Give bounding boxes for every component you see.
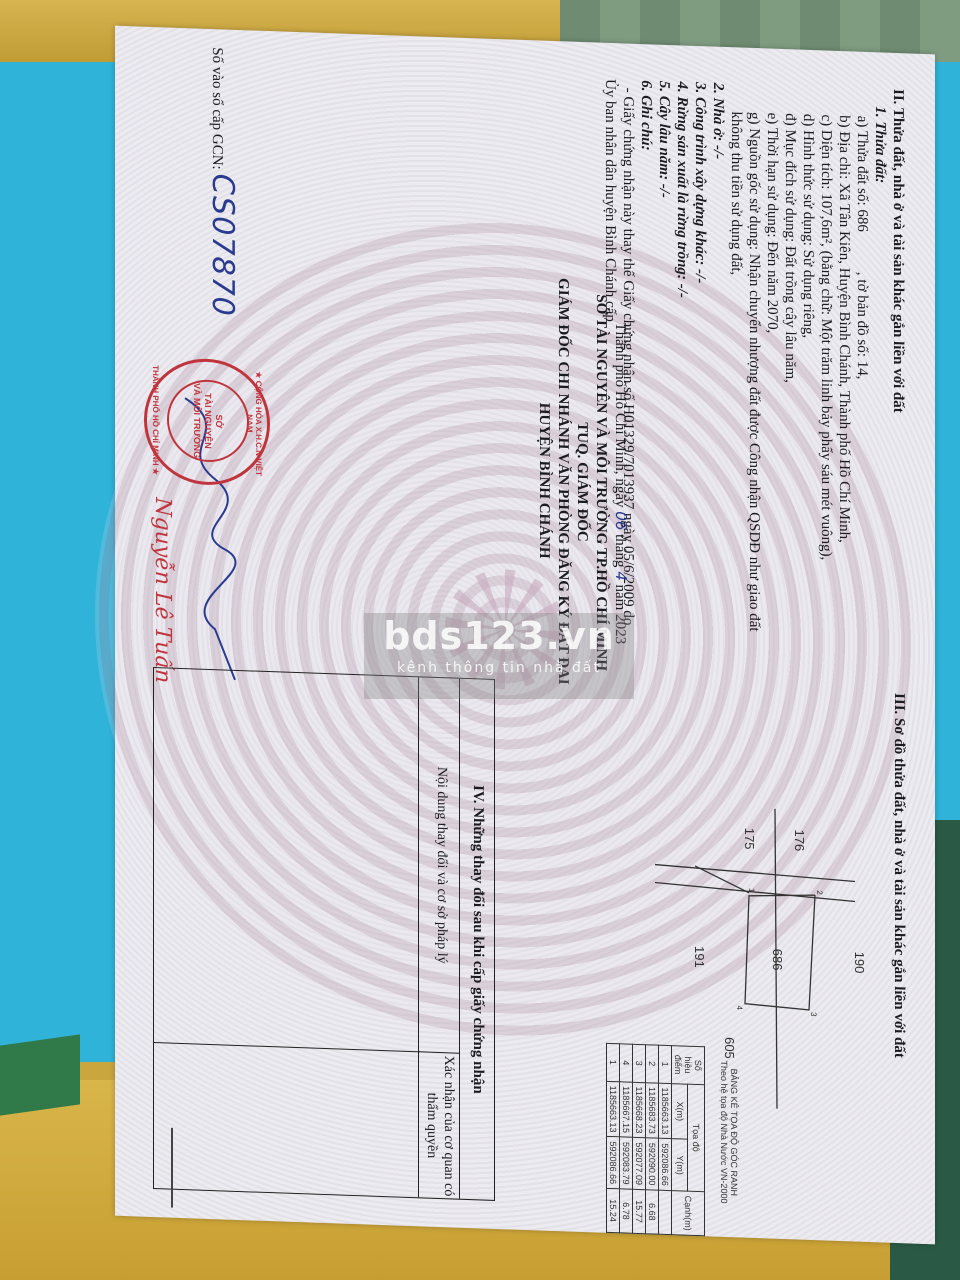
section-ii-heading: II. Thửa đất, nhà ở và tài sản khác gắn …	[889, 89, 907, 650]
coord-cell-x: 1185667.15	[620, 1081, 633, 1137]
registry-value: CS07870	[205, 173, 240, 317]
coord-cell-y: 592077.09	[633, 1138, 646, 1190]
coord-cell-y: 592086.66	[607, 1137, 620, 1189]
changes-column-divider	[154, 1042, 420, 1052]
bds123-watermark: bds123.vn kênh thông tin nhà đất	[364, 613, 634, 699]
label-main-parcel: 686	[770, 949, 785, 971]
coord-row: 11185663.13592086.6615.24	[607, 1043, 620, 1232]
section-ii-parcel-info: II. Thửa đất, nhà ở và tài sản khác gắn …	[601, 79, 907, 650]
coord-cell-point: 2	[646, 1045, 659, 1083]
col-x: X(m)	[672, 1083, 689, 1139]
planted-forest-item: 4. Rừng sản xuất là rừng trồng: -/-	[673, 81, 691, 642]
coordinate-table: Số hiệu điểm Tọa độ Cạnh(m) X(m) Y(m) 11…	[606, 1043, 705, 1236]
stamp-line-3: VÀ MÔI TRƯỜNG	[192, 383, 203, 459]
coord-row: 21185683.73592090.006.68	[646, 1045, 659, 1234]
signer-name: Nguyễn Lê Tuấn	[150, 497, 175, 684]
issue-month: 4	[612, 571, 630, 581]
parcel-subheading: 1. Thửa đất:	[871, 88, 889, 649]
parcel-number-text: a) Thửa đất số: 686	[854, 115, 870, 232]
changes-content-header: Nội dung thay đổi và cơ sở pháp lý	[419, 677, 459, 1054]
coord-cell-x: 1185668.23	[633, 1082, 646, 1138]
coord-cell-edge: 6.68	[646, 1190, 659, 1234]
registry-label: Số vào sổ cấp GCN:	[209, 47, 225, 170]
coord-cell-edge: 15.24	[607, 1188, 620, 1232]
map-sheet-number: , tờ bản đồ số: 14,	[854, 232, 870, 380]
coord-cell-point: 3	[633, 1044, 646, 1082]
background-green-strip	[0, 1034, 80, 1115]
other-construction-item: 3. Công trình xây dựng khác: -/-	[691, 82, 709, 643]
coord-table-caption: BẢNG KÊ TỌA ĐỘ GÓC RANH Theo hệ tọa độ N…	[719, 1047, 739, 1218]
parcel-area: c) Diện tích: 107,6m², (bằng chữ: Một tr…	[817, 86, 835, 647]
coord-cell-y: 592083.79	[620, 1137, 633, 1189]
stamp-line-2: TÀI NGUYÊN	[203, 393, 214, 449]
north-arrow-icon	[169, 1128, 175, 1208]
coord-table-subtitle: Theo hệ tọa độ Nhà Nước VN-2000	[719, 1047, 729, 1217]
changes-confirmation-header: Xác nhận của cơ quan có thẩm quyền	[419, 1053, 459, 1199]
point-1: 1	[747, 888, 756, 893]
stamp-inner: SỞ TÀI NGUYÊN VÀ MÔI TRƯỜNG	[167, 378, 249, 463]
stamp-ring-bottom: THÀNH PHỐ HỒ CHÍ MINH ★	[151, 360, 160, 480]
watermark-logo: bds123.vn	[364, 613, 634, 659]
point-3: 3	[809, 1012, 818, 1017]
section-iv-heading: IV. Những thay đổi sau khi cấp giấy chứn…	[469, 679, 486, 1200]
col-coords: Tọa độ	[688, 1084, 705, 1192]
point-2: 2	[815, 890, 824, 895]
usage-origin: g) Nguồn gốc sử dụng: Nhận chuyển nhượng…	[745, 84, 763, 645]
coord-row: 11185663.13592086.66	[659, 1045, 672, 1234]
usage-purpose: đ) Mục đích sử dụng: Đất trồng cây lâu n…	[781, 85, 799, 646]
notes-heading: 6. Ghi chú:	[637, 80, 655, 641]
usage-term: e) Thời hạn sử dụng: Đến năm 2070,	[763, 84, 781, 645]
issue-day: 06	[612, 511, 630, 531]
coord-cell-point: 4	[620, 1044, 633, 1082]
coord-table-title: BẢNG KÊ TỌA ĐỘ GÓC RANH	[729, 1047, 739, 1217]
label-neighbor-191: 191	[692, 946, 707, 968]
coord-cell-point: 1	[607, 1043, 620, 1081]
usage-origin-cont: không thu tiền sử dụng đất,	[727, 83, 745, 644]
coord-row: 41185667.15592083.796.78	[620, 1044, 633, 1233]
house-item: 2. Nhà ở: -/-	[709, 82, 727, 643]
col-y: Y(m)	[672, 1139, 689, 1191]
section-iv-changes-table: IV. Những thay đổi sau khi cấp giấy chứn…	[153, 667, 495, 1201]
label-neighbor-175: 175	[742, 828, 757, 850]
coord-cell-y: 592090.00	[646, 1138, 659, 1190]
date-prefix: Thành phố Hồ Chí Minh, ngày	[612, 322, 628, 508]
col-point-id: Số hiệu điểm	[672, 1046, 705, 1085]
label-neighbor-176: 176	[792, 829, 807, 851]
point-4: 4	[735, 1005, 744, 1010]
parcel-number: a) Thửa đất số: 686, tờ bản đồ số: 14,	[853, 87, 871, 648]
coord-row: 31185668.23592077.0915.77	[633, 1044, 646, 1233]
changes-header-row: Nội dung thay đổi và cơ sở pháp lý Xác n…	[418, 677, 460, 1198]
label-neighbor-190: 190	[852, 951, 867, 973]
coord-cell-edge: 6.78	[620, 1189, 633, 1233]
coord-cell-edge: 15.77	[633, 1189, 646, 1233]
coord-cell-point: 1	[659, 1045, 672, 1083]
col-edge: Cạnh(m)	[672, 1191, 705, 1236]
coord-cell-x: 1185663.13	[659, 1083, 672, 1139]
watermark-tagline: kênh thông tin nhà đất	[364, 659, 634, 677]
coord-cell-y: 592086.66	[659, 1139, 672, 1191]
parcel-address: b) Địa chỉ: Xã Tân Kiên, Huyện Bình Chán…	[835, 87, 853, 648]
usage-form: d) Hình thức sử dụng: Sử dụng riêng,	[799, 86, 817, 647]
stamp-line-1: SỞ	[214, 414, 225, 428]
month-label: tháng	[612, 534, 628, 568]
coord-cell-x: 1185683.73	[646, 1082, 659, 1138]
perennial-trees-item: 5. Cây lâu năm: -/-	[655, 81, 673, 642]
coord-cell-edge	[659, 1190, 672, 1234]
registry-number: Số vào sổ cấp GCN: CS07870	[205, 47, 240, 317]
coord-cell-x: 1185663.13	[607, 1081, 620, 1137]
